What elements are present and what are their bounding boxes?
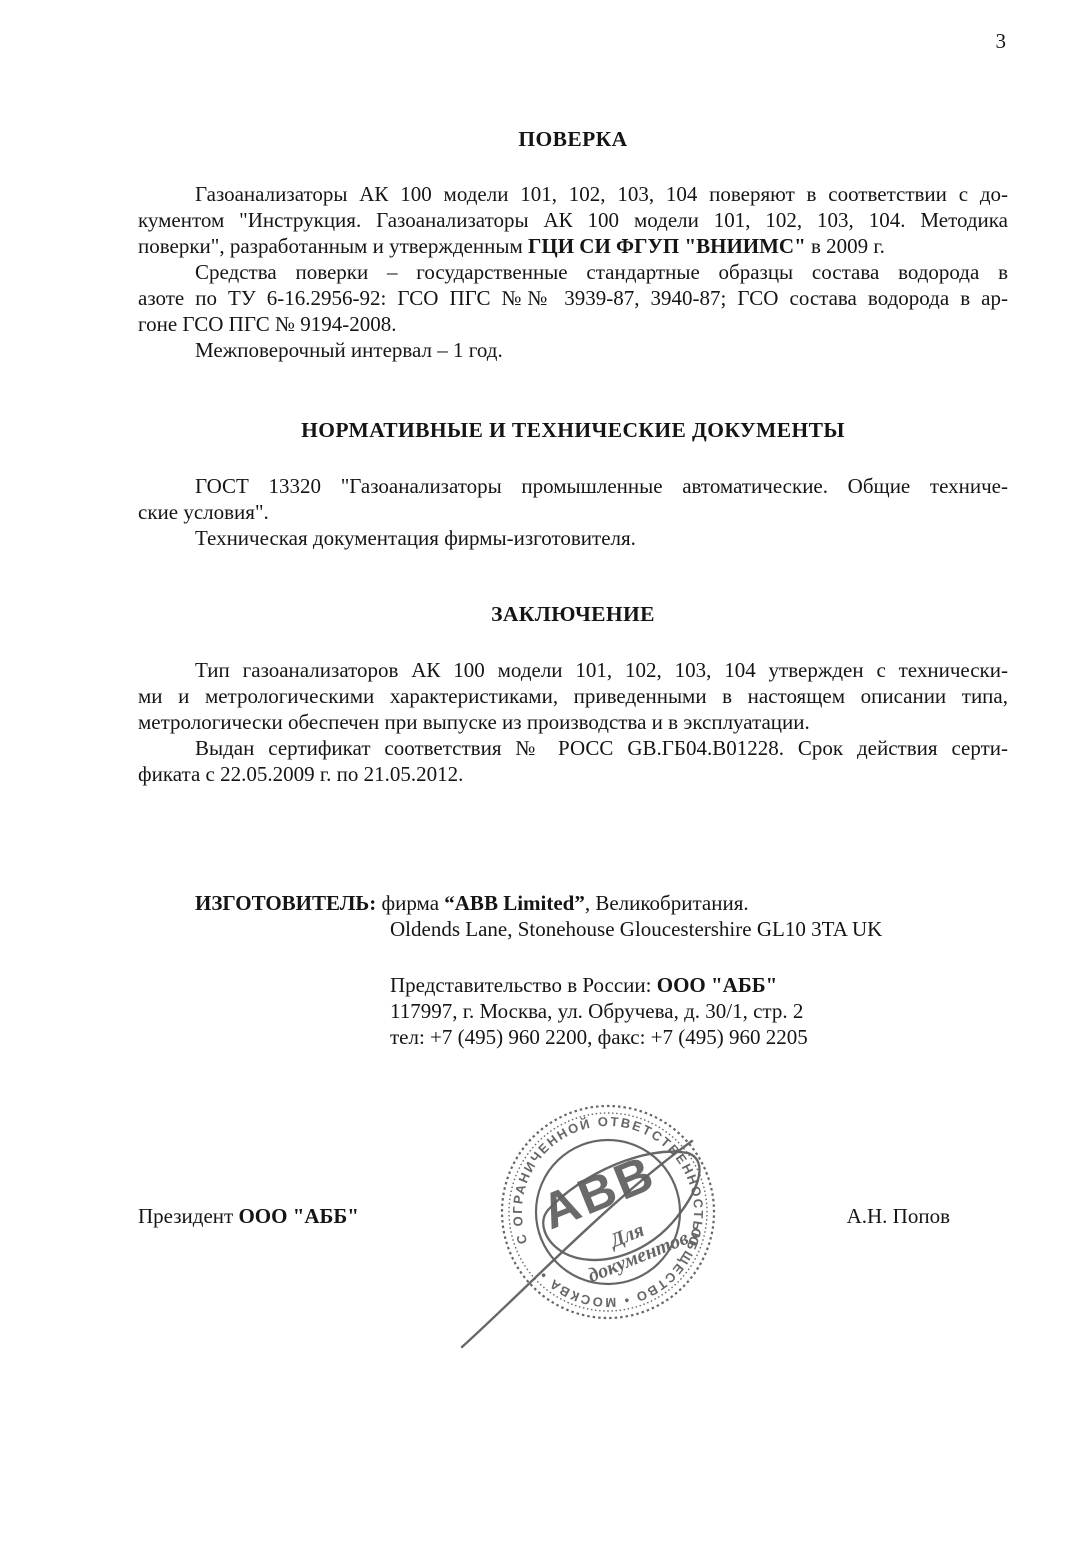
text-line: Тип газоанализаторов АК 100 модели 101, … (138, 657, 1008, 683)
text-line: фиката с 22.05.2009 г. по 21.05.2012. (138, 761, 1008, 787)
text-line: ми и метрологическими характеристиками, … (138, 683, 1008, 709)
company-stamp: С ОГРАНИЧЕННОЙ ОТВЕТСТВЕННОСТЬЮ ОБЩЕСТВО… (450, 1055, 770, 1385)
signatory-title: Президент ООО "АББ" (138, 1203, 359, 1229)
section-title-conclusion: ЗАКЛЮЧЕНИЕ (138, 601, 1008, 627)
text-line: кументом "Инструкция. Газоанализаторы АК… (138, 207, 1008, 233)
representative-line: Представительство в России: ООО "АББ" (138, 972, 1008, 998)
text-span-bold: ГЦИ СИ ФГУП "ВНИИМС" (528, 234, 806, 258)
manufacturer-line: ИЗГОТОВИТЕЛЬ: фирма “ABB Limited”, Велик… (138, 890, 1008, 916)
manufacturer-address: Oldends Lane, Stonehouse Gloucestershire… (138, 916, 1008, 942)
manufacturer-block: ИЗГОТОВИТЕЛЬ: фирма “ABB Limited”, Велик… (138, 890, 1008, 1050)
manufacturer-firm-name: “ABB Limited” (444, 891, 585, 915)
representative-block: Представительство в России: ООО "АББ" 11… (138, 972, 1008, 1050)
text-line: метрологически обеспечен при выпуске из … (138, 709, 1008, 735)
text-line: азоте по ТУ 6-16.2956-92: ГСО ПГС №№ 393… (138, 285, 1008, 311)
text-span: , Великобритания. (585, 891, 749, 915)
text-line: Средства поверки – государственные станд… (138, 259, 1008, 285)
text-line: гоне ГСО ПГС № 9194-2008. (138, 311, 1008, 337)
text-line: ские условия". (138, 499, 1008, 525)
text-line: Выдан сертификат соответствия № РОСС GB.… (138, 735, 1008, 761)
representative-address: 117997, г. Москва, ул. Обручева, д. 30/1… (138, 998, 1008, 1024)
signatory-company: ООО "АББ" (238, 1204, 359, 1228)
document-page: 3 ПОВЕРКА Газоанализаторы АК 100 модели … (0, 0, 1086, 1560)
section-title-normative: НОРМАТИВНЫЕ И ТЕХНИЧЕСКИЕ ДОКУМЕНТЫ (138, 417, 1008, 443)
representative-name: ООО "АББ" (657, 973, 778, 997)
paragraph: Средства поверки – государственные станд… (138, 259, 1008, 337)
stamp-abb-logo: АВВ (534, 1144, 664, 1240)
manufacturer-label: ИЗГОТОВИТЕЛЬ: (195, 891, 376, 915)
representative-phone: тел: +7 (495) 960 2200, факс: +7 (495) 9… (138, 1024, 1008, 1050)
paragraph: Тип газоанализаторов АК 100 модели 101, … (138, 657, 1008, 735)
text-line: ГОСТ 13320 "Газоанализаторы промышленные… (138, 473, 1008, 499)
text-span: в 2009 г. (806, 234, 885, 258)
paragraph: Выдан сертификат соответствия № РОСС GB.… (138, 735, 1008, 787)
document-content: ПОВЕРКА Газоанализаторы АК 100 модели 10… (138, 0, 1008, 1229)
text-line: Техническая документация фирмы-изготовит… (138, 525, 1008, 551)
text-span: поверки", разработанным и утвержденным (138, 234, 528, 258)
paragraph: Газоанализаторы АК 100 модели 101, 102, … (138, 181, 1008, 259)
text-span: фирма (376, 891, 444, 915)
section-title-poverka: ПОВЕРКА (138, 126, 1008, 152)
text-line: Межповерочный интервал – 1 год. (138, 337, 1008, 363)
text-span: Представительство в России: (390, 973, 657, 997)
text-line: поверки", разработанным и утвержденным Г… (138, 233, 1008, 259)
signatory-name: А.Н. Попов (847, 1203, 950, 1229)
text-line: Газоанализаторы АК 100 модели 101, 102, … (138, 181, 1008, 207)
paragraph: ГОСТ 13320 "Газоанализаторы промышленные… (138, 473, 1008, 525)
text-span: Президент (138, 1204, 238, 1228)
